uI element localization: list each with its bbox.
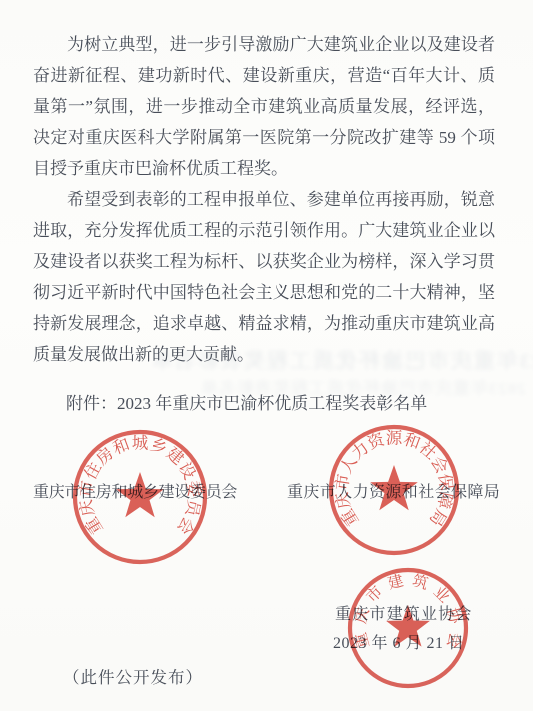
attachment-line: 附件：2023 年重庆市巴渝杯优质工程奖表彰名单 [66,389,427,419]
seal-construction-industry-association: 重庆市建筑业协会 [340,560,476,696]
star-icon [370,465,418,510]
publish-note: （此件公开发布） [63,664,203,688]
seal-arc-char: 市 [76,479,97,498]
seal-arc-char: 庆 [76,498,98,518]
paragraph-2: 希望受到表彰的工程申报单位、参建单位再接再励，锐意进取，充分发挥优质工程的示范引… [33,184,495,370]
seal-human-resources-social-security: 重庆市人力资源和社会保障局 [321,417,467,563]
seal-arc-char: 委 [183,479,204,499]
seal-arc-char: 保 [435,473,456,493]
seal-housing-urban-rural-construction: 重庆市住房和城乡建设委员会 [65,422,215,572]
seal-arc-char: 庆 [332,491,354,511]
seal-arc-char: 城 [132,434,149,453]
star-icon [386,605,430,647]
star-icon [116,472,164,517]
document-body: 为树立典型，进一步引导激励广大建筑业企业以及建设者奋进新征程、建功新时代、建设新… [33,29,495,370]
seal-arc-char: 源 [386,429,403,448]
paragraph-1: 为树立典型，进一步引导激励广大建筑业企业以及建设者奋进新征程、建功新时代、建设新… [33,29,495,184]
document-page: 2023年重庆市巴渝杯优质工程奖表彰名单 2023年重庆市巴渝杯优质工程奖表彰名… [0,0,533,711]
